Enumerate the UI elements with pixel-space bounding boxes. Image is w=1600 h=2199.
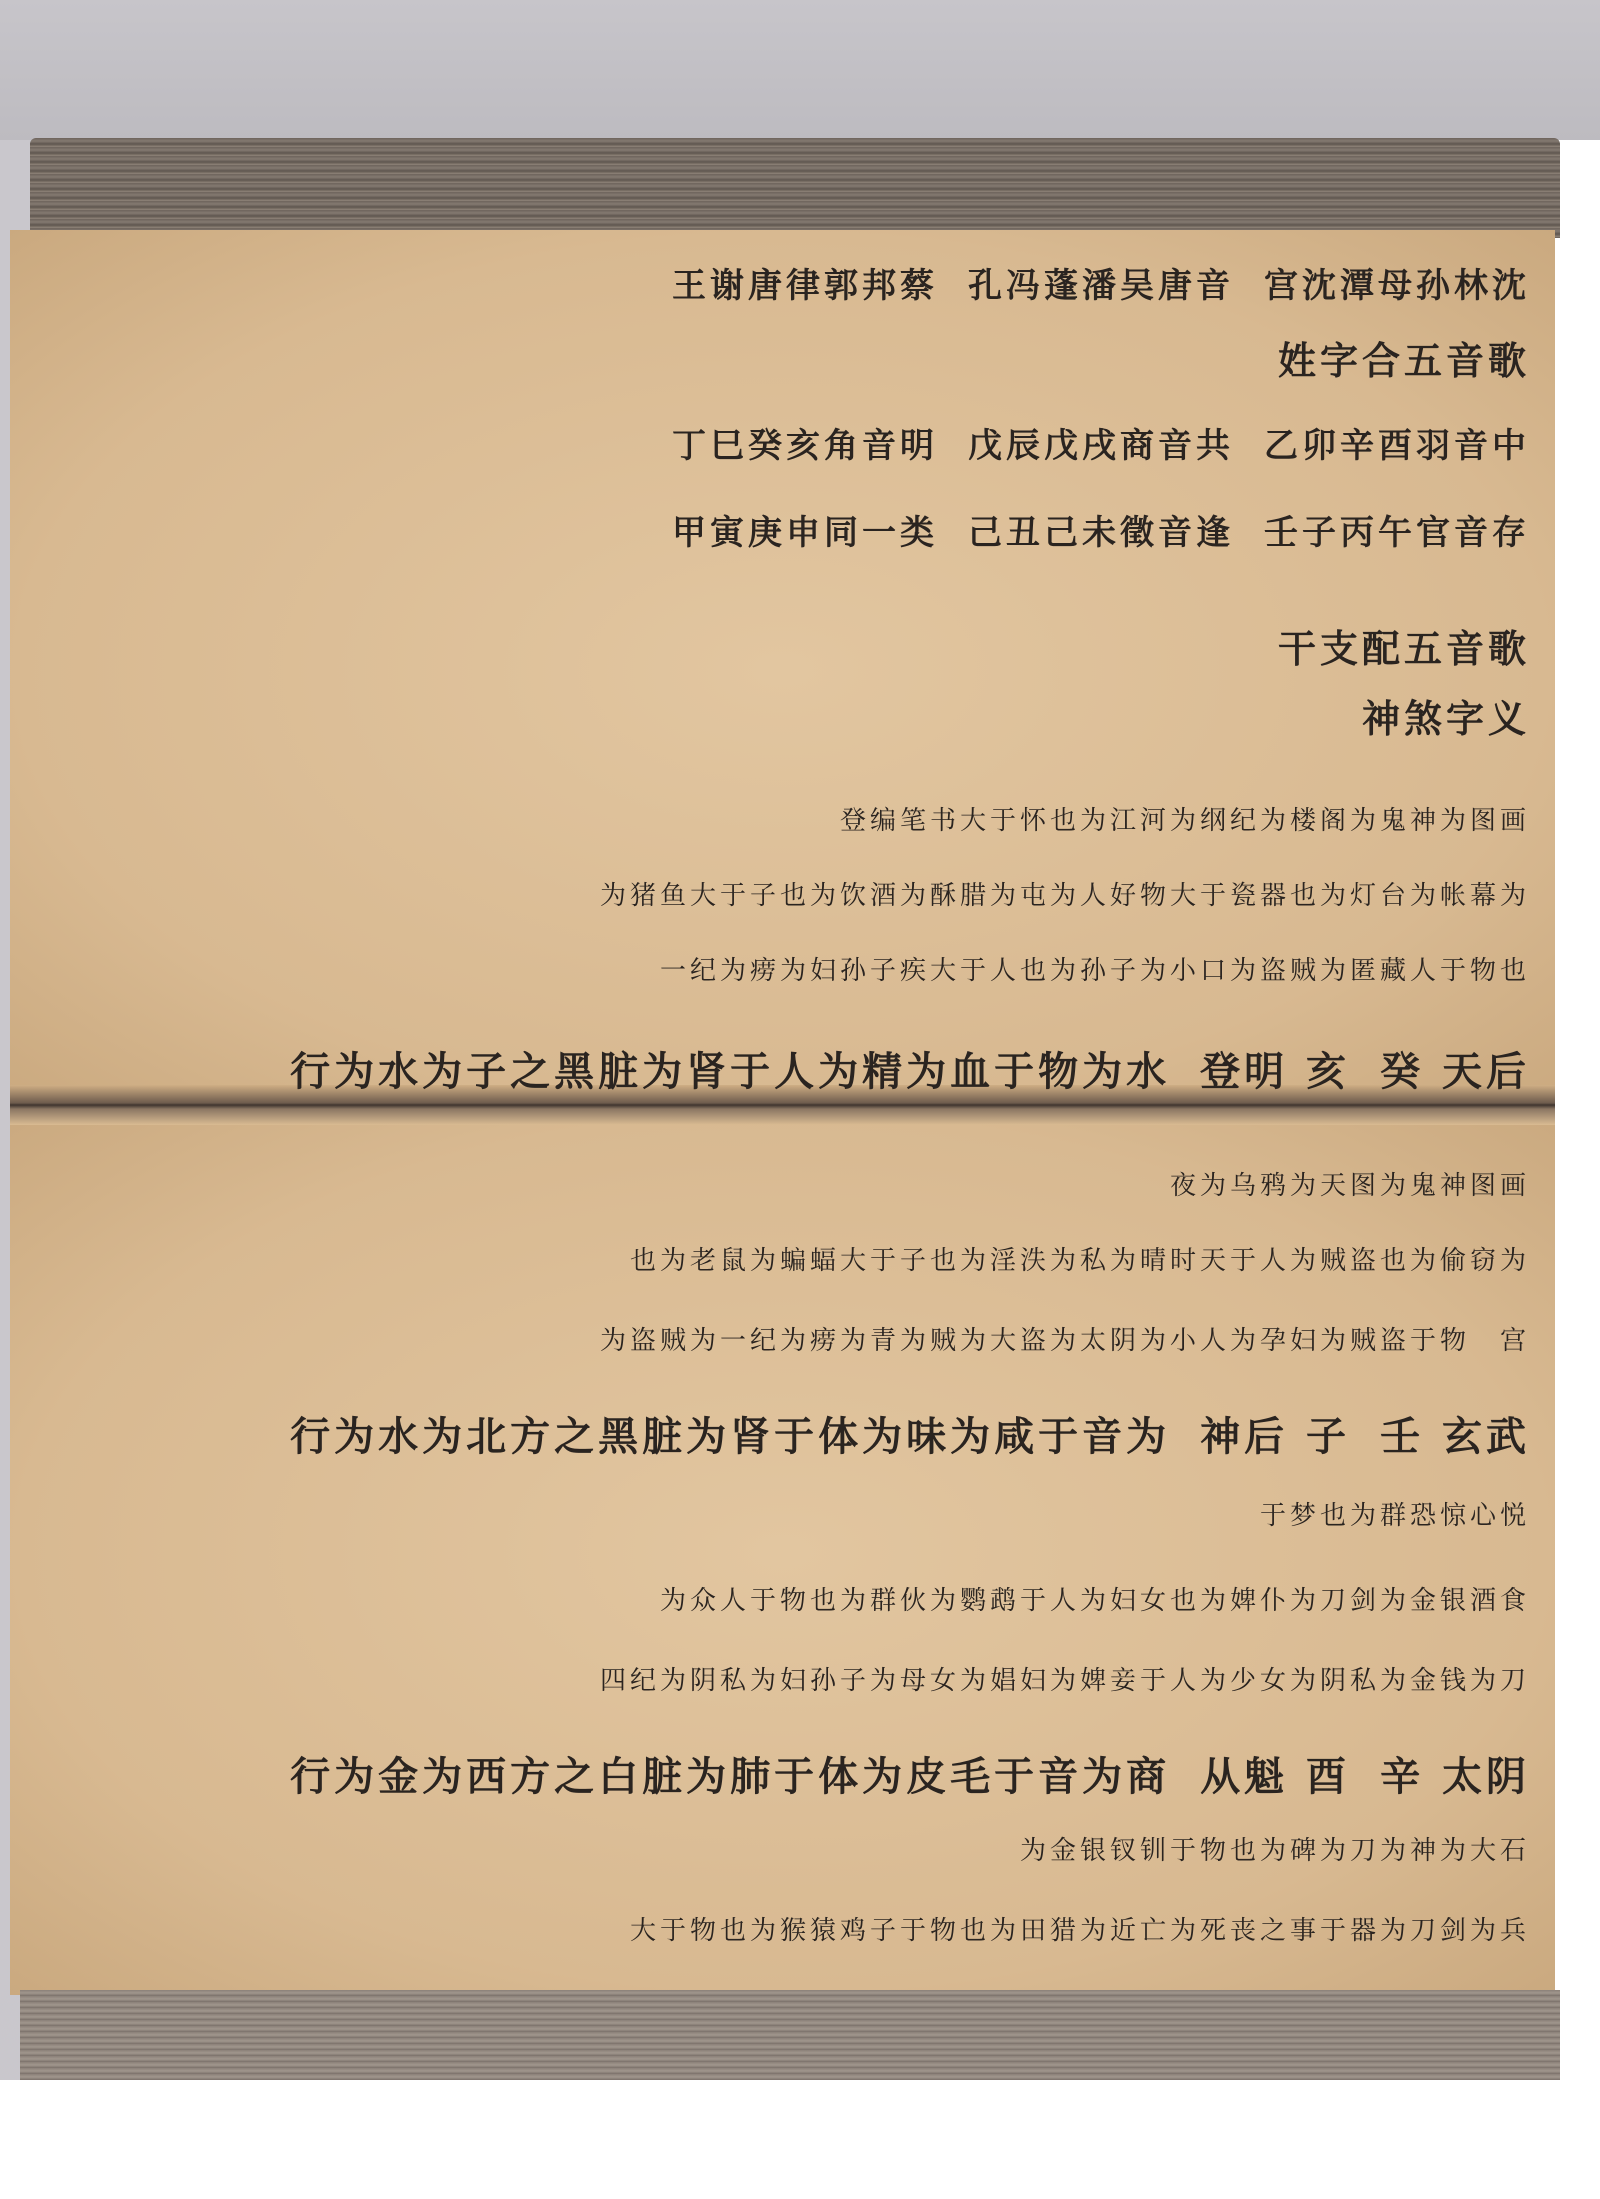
text-segment: 甲寅庚申同一类 <box>672 505 938 554</box>
text-segment: 为猪鱼大于子也为饮酒为酥腊为屯为人好物大于瓷器也为灯台为帐幕为 <box>600 875 1530 912</box>
text-segment: 大于物也为猴猿鸡子于物也为田猎为近亡为死丧之事于器为刀剑为兵 <box>630 1910 1530 1947</box>
text-segment: 一纪为痨为妇孙子疾大于人也为孙子为小口为盗贼为匿藏人于物也 <box>660 950 1530 987</box>
text-segment: 宫沈潭母孙林沈 <box>1264 258 1530 307</box>
upper-page-text-row: 为猪鱼大于子也为饮酒为酥腊为屯为人好物大于瓷器也为灯台为帐幕为 <box>600 875 1530 912</box>
white-margin-bottom <box>0 2080 1600 2199</box>
text-segment: 为众人于物也为群伙为鹦鹉于人为妇女也为婢仆为刀剑为金银酒食 <box>660 1580 1530 1617</box>
lower-page-text-row: 夜为乌鸦为天图为鬼神图画 <box>1170 1165 1530 1202</box>
text-segment: 为金银钗钏于物也为碑为刀为神为大石 <box>1020 1830 1530 1867</box>
text-segment: 登编笔书大于怀也为江河为纲纪为楼阁为鬼神为图画 <box>840 800 1530 837</box>
text-segment: 神煞字义 <box>1362 688 1530 743</box>
text-segment: 登明 亥 <box>1200 1040 1350 1097</box>
text-segment: 壬子丙午官音存 <box>1264 505 1530 554</box>
upper-page-text-row: 干支配五音歌 <box>1278 618 1530 673</box>
text-segment: 也为老鼠为蝙蝠大于子也为淫泆为私为晴时天于人为贼盗也为偷窃为 <box>630 1240 1530 1277</box>
text-segment: 四纪为阴私为妇孙子为母女为娼妇为婢妾于人为少女为阴私为金钱为刀 <box>600 1660 1530 1697</box>
text-segment: 为盗贼为一纪为痨为青为贼为大盗为太阴为小人为孕妇为贼盗于物 <box>600 1320 1470 1357</box>
text-segment: 丁巳癸亥角音明 <box>672 418 938 467</box>
text-segment: 行为水为北方之黑脏为肾于体为味为咸于音为 <box>290 1405 1170 1462</box>
text-segment: 从魁 酉 <box>1200 1745 1350 1802</box>
text-segment: 乙卯辛酉羽音中 <box>1264 418 1530 467</box>
upper-page-text-row: 乙卯辛酉羽音中戊辰戊戌商音共丁巳癸亥角音明 <box>672 418 1530 467</box>
text-segment: 孔冯蓬潘吴唐音 <box>968 258 1234 307</box>
text-segment: 壬 玄武 <box>1380 1405 1530 1462</box>
upper-page-text-row: 登编笔书大于怀也为江河为纲纪为楼阁为鬼神为图画 <box>840 800 1530 837</box>
book-bottom-page-edges <box>20 1990 1560 2080</box>
text-segment: 神后 子 <box>1200 1405 1350 1462</box>
text-segment: 夜为乌鸦为天图为鬼神图画 <box>1170 1165 1530 1202</box>
text-segment: 己丑己未徵音逢 <box>968 505 1234 554</box>
lower-page-text-row: 宫为盗贼为一纪为痨为青为贼为大盗为太阴为小人为孕妇为贼盗于物 <box>600 1320 1530 1357</box>
text-segment: 于梦也为群恐惊心悦 <box>1260 1495 1530 1532</box>
text-segment: 行为水为子之黑脏为肾于人为精为血于物为水 <box>290 1040 1170 1097</box>
white-margin-right <box>1550 140 1600 2199</box>
text-segment: 癸 天后 <box>1380 1040 1530 1097</box>
lower-page-text-row: 为众人于物也为群伙为鹦鹉于人为妇女也为婢仆为刀剑为金银酒食 <box>660 1580 1530 1617</box>
book-top-page-edges <box>30 138 1560 238</box>
lower-page-text-row: 也为老鼠为蝙蝠大于子也为淫泆为私为晴时天于人为贼盗也为偷窃为 <box>630 1240 1530 1277</box>
upper-page-text-row: 姓字合五音歌 <box>1278 330 1530 385</box>
lower-page-text-row: 四纪为阴私为妇孙子为母女为娼妇为婢妾于人为少女为阴私为金钱为刀 <box>600 1660 1530 1697</box>
text-segment: 宫 <box>1500 1320 1530 1357</box>
text-segment: 辛 太阴 <box>1380 1745 1530 1802</box>
upper-page-text-row: 一纪为痨为妇孙子疾大于人也为孙子为小口为盗贼为匿藏人于物也 <box>660 950 1530 987</box>
text-segment: 姓字合五音歌 <box>1278 330 1530 385</box>
text-segment: 王谢唐律郭邦蔡 <box>672 258 938 307</box>
upper-page-text-row: 宫沈潭母孙林沈孔冯蓬潘吴唐音王谢唐律郭邦蔡 <box>672 258 1530 307</box>
lower-page-text-row: 壬 玄武神后 子行为水为北方之黑脏为肾于体为味为咸于音为 <box>290 1405 1530 1462</box>
gray-backdrop <box>0 0 1600 140</box>
text-segment: 戊辰戊戌商音共 <box>968 418 1234 467</box>
lower-page-text-row: 为金银钗钏于物也为碑为刀为神为大石 <box>1020 1830 1530 1867</box>
upper-page-text-row: 壬子丙午官音存己丑己未徵音逢甲寅庚申同一类 <box>672 505 1530 554</box>
lower-page-text-row: 辛 太阴从魁 酉行为金为西方之白脏为肺于体为皮毛于音为商 <box>290 1745 1530 1802</box>
upper-page-text-row: 癸 天后登明 亥行为水为子之黑脏为肾于人为精为血于物为水 <box>290 1040 1530 1097</box>
text-segment: 行为金为西方之白脏为肺于体为皮毛于音为商 <box>290 1745 1170 1802</box>
lower-page-text-row: 于梦也为群恐惊心悦 <box>1260 1495 1530 1532</box>
text-segment: 干支配五音歌 <box>1278 618 1530 673</box>
lower-page-text-row: 大于物也为猴猿鸡子于物也为田猎为近亡为死丧之事于器为刀剑为兵 <box>630 1910 1530 1947</box>
upper-page-text-row: 神煞字义 <box>1362 688 1530 743</box>
